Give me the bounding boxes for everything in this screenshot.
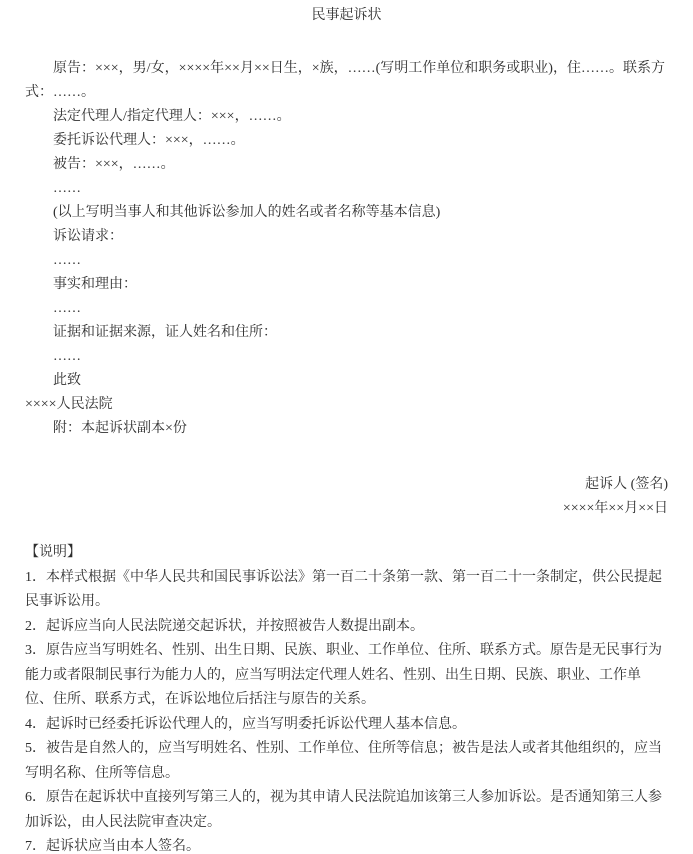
note-item-7: 7．起诉状应当由本人签名。 [25, 835, 668, 854]
note-item-1: 1．本样式根据《中华人民共和国民事诉讼法》第一百二十条第一款、第一百二十一条制定… [25, 566, 668, 615]
document-title: 民事起诉状 [25, 8, 668, 24]
ellipsis-placeholder-parties: …… [25, 177, 668, 201]
paragraph-plaintiff: 原告：×××，男/女，××××年××月××日生，×族，……(写明工作单位和职务或… [25, 57, 668, 105]
ellipsis-placeholder-facts: …… [25, 297, 668, 321]
signer-label: 起诉人 (签名) [25, 473, 668, 497]
note-item-4: 4．起诉时已经委托诉讼代理人的，应当写明委托诉讼代理人基本信息。 [25, 713, 668, 738]
paragraph-legal-agent: 法定代理人/指定代理人：×××，……。 [25, 105, 668, 129]
notes-header: 【说明】 [25, 541, 668, 566]
signature-date: ××××年××月××日 [25, 497, 668, 521]
note-item-3: 3．原告应当写明姓名、性别、出生日期、民族、职业、工作单位、住所、联系方式。原告… [25, 639, 668, 713]
parties-note: (以上写明当事人和其他诉讼参加人的姓名或者名称等基本信息) [25, 201, 668, 225]
facts-heading: 事实和理由： [25, 273, 668, 297]
attachment-line: 附：本起诉状副本×份 [25, 417, 668, 441]
paragraph-entrusted-agent: 委托诉讼代理人：×××，……。 [25, 129, 668, 153]
claims-heading: 诉讼请求： [25, 225, 668, 249]
court-name: ××××人民法院 [25, 393, 668, 417]
evidence-heading: 证据和证据来源，证人姓名和住所： [25, 321, 668, 345]
signature-block: 起诉人 (签名) ××××年××月××日 [25, 473, 668, 521]
note-item-6: 6．原告在起诉状中直接列写第三人的，视为其申请人民法院追加该第三人参加诉讼。是否… [25, 786, 668, 835]
salutation: 此致 [25, 369, 668, 393]
notes-section: 【说明】 1．本样式根据《中华人民共和国民事诉讼法》第一百二十条第一款、第一百二… [25, 541, 668, 854]
note-item-2: 2．起诉应当向人民法院递交起诉状，并按照被告人数提出副本。 [25, 615, 668, 640]
paragraph-defendant: 被告：×××，……。 [25, 153, 668, 177]
civil-complaint-document: 民事起诉状 原告：×××，男/女，××××年××月××日生，×族，……(写明工作… [0, 0, 693, 854]
note-item-5: 5．被告是自然人的，应当写明姓名、性别、工作单位、住所等信息；被告是法人或者其他… [25, 737, 668, 786]
ellipsis-placeholder-claims: …… [25, 249, 668, 273]
ellipsis-placeholder-evidence: …… [25, 345, 668, 369]
